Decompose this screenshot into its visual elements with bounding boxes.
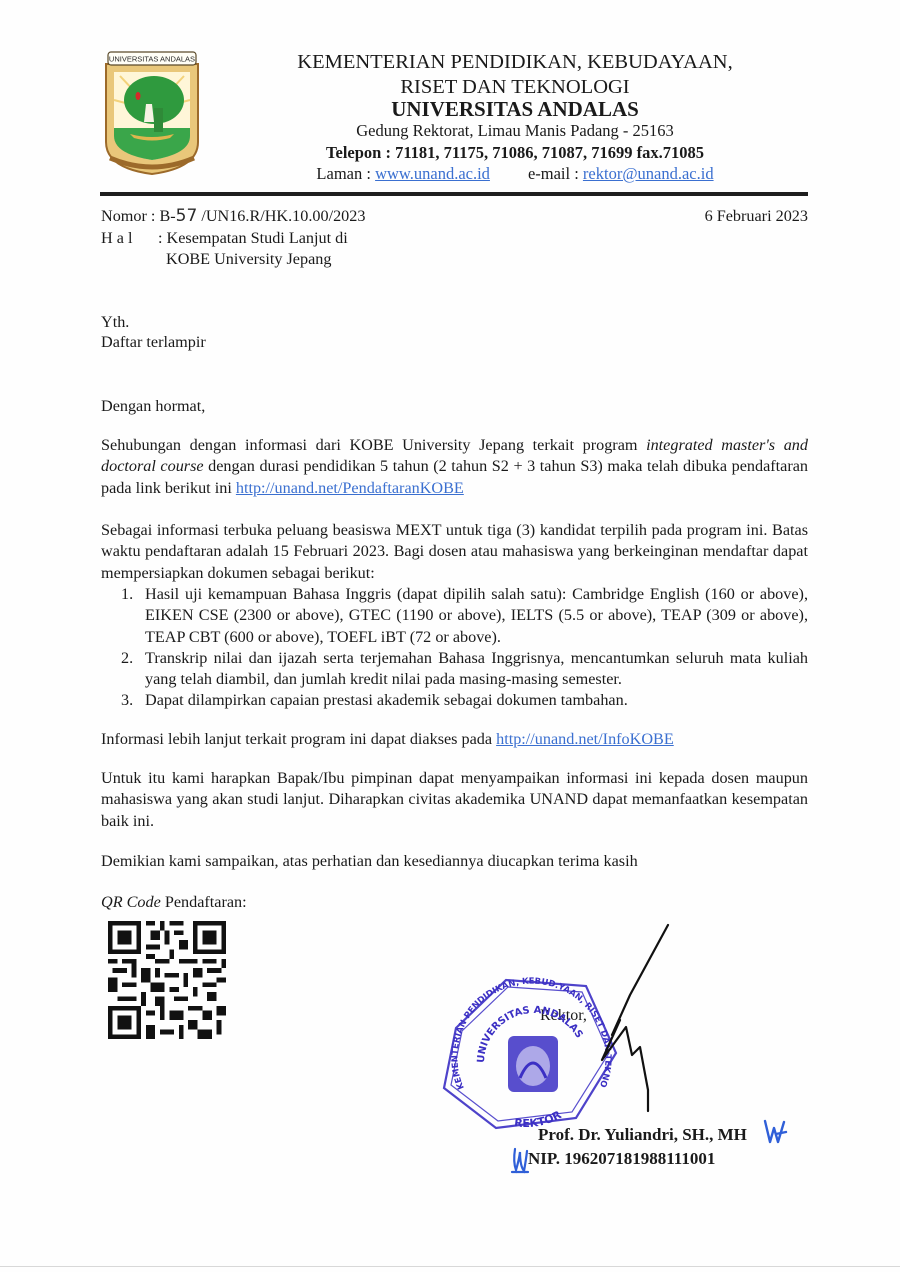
university-name: UNIVERSITAS ANDALAS [215,99,815,120]
contact-line: Laman : www.unand.ac.ide-mail : rektor@u… [215,166,815,183]
qr-label-italic: QR Code [101,893,161,911]
requirement-item: 3.Dapat dilampirkan capaian prestasi aka… [101,690,808,711]
ministry-name-line1: KEMENTERIAN PENDIDIKAN, KEBUDAYAAN, [215,52,815,73]
svg-text:UNIVERSITAS ANDALAS: UNIVERSITAS ANDALAS [109,55,195,64]
qr-label-text: Pendaftaran: [161,893,247,911]
email-label: e-mail : [528,164,583,183]
item-text: Transkrip nilai dan ijazah serta terjema… [145,649,808,688]
handwritten-number: 57 [176,206,198,226]
website-label: Laman : [316,164,375,183]
subject-label: H a l [101,230,132,246]
subject-line2: KOBE University Jepang [166,251,331,267]
initial-paraf-icon [510,1146,530,1174]
ministry-name-line2: RISET DAN TEKNOLOGI [215,77,815,98]
requirements-list: 1.Hasil uji kemampuan Bahasa Inggris (da… [101,584,808,712]
paragraph-request: Untuk itu kami harapkan Bapak/Ibu pimpin… [101,768,808,832]
greeting: Dengan hormat, [101,398,205,414]
paragraph-intro: Sehubungan dengan informasi dari KOBE Un… [101,435,808,499]
item-text: Dapat dilampirkan capaian prestasi akade… [145,691,628,709]
university-crest-icon: UNIVERSITAS ANDALAS [100,50,204,176]
closing-sentence: Demikian kami sampaikan, atas perhatian … [101,853,638,869]
item-number: 3. [121,690,133,711]
qr-code-icon[interactable] [108,921,226,1039]
letter-date: 6 Februari 2023 [705,208,808,224]
page-bottom-edge [0,1266,900,1267]
letter-page: UNIVERSITAS ANDALAS KEMENTERIAN PENDIDIK… [0,0,900,1272]
nomor-suffix: /UN16.R/HK.10.00/2023 [197,207,365,225]
letterhead-divider [100,192,808,196]
email-link[interactable]: rektor@unand.ac.id [583,164,714,183]
letter-number: Nomor : B-57 /UN16.R/HK.10.00/2023 [101,208,365,225]
more-info-text: Informasi lebih lanjut terkait program i… [101,730,496,748]
recipient-salutation: Yth. [101,314,129,330]
requirement-item: 1.Hasil uji kemampuan Bahasa Inggris (da… [101,584,808,648]
item-number: 2. [121,648,133,669]
recipient-name: Daftar terlampir [101,334,206,350]
subject-line1: : Kesempatan Studi Lanjut di [158,230,348,246]
item-text: Hasil uji kemampuan Bahasa Inggris (dapa… [145,585,808,646]
signatory-name: Prof. Dr. Yuliandri, SH., MH [538,1126,747,1143]
intro-text-a: Sehubungan dengan informasi dari KOBE Un… [101,436,646,454]
handwritten-signature-icon [590,915,680,1115]
paragraph-scholarship: Sebagai informasi terbuka peluang beasis… [101,520,808,584]
registration-link[interactable]: http://unand.net/PendaftaranKOBE [236,479,464,497]
qr-label: QR Code Pendaftaran: [101,894,247,910]
nomor-label: Nomor : B- [101,207,176,225]
item-number: 1. [121,584,133,605]
university-address: Gedung Rektorat, Limau Manis Padang - 25… [215,123,815,140]
requirement-item: 2.Transkrip nilai dan ijazah serta terje… [101,648,808,691]
paragraph-more-info: Informasi lebih lanjut terkait program i… [101,731,674,747]
initial-paraf-icon [762,1118,788,1146]
signatory-nip: NIP. 196207181988111001 [528,1150,715,1167]
info-link[interactable]: http://unand.net/InfoKOBE [496,730,674,748]
university-phone: Telepon : 71181, 71175, 71086, 71087, 71… [215,145,815,162]
website-link[interactable]: www.unand.ac.id [375,164,490,183]
